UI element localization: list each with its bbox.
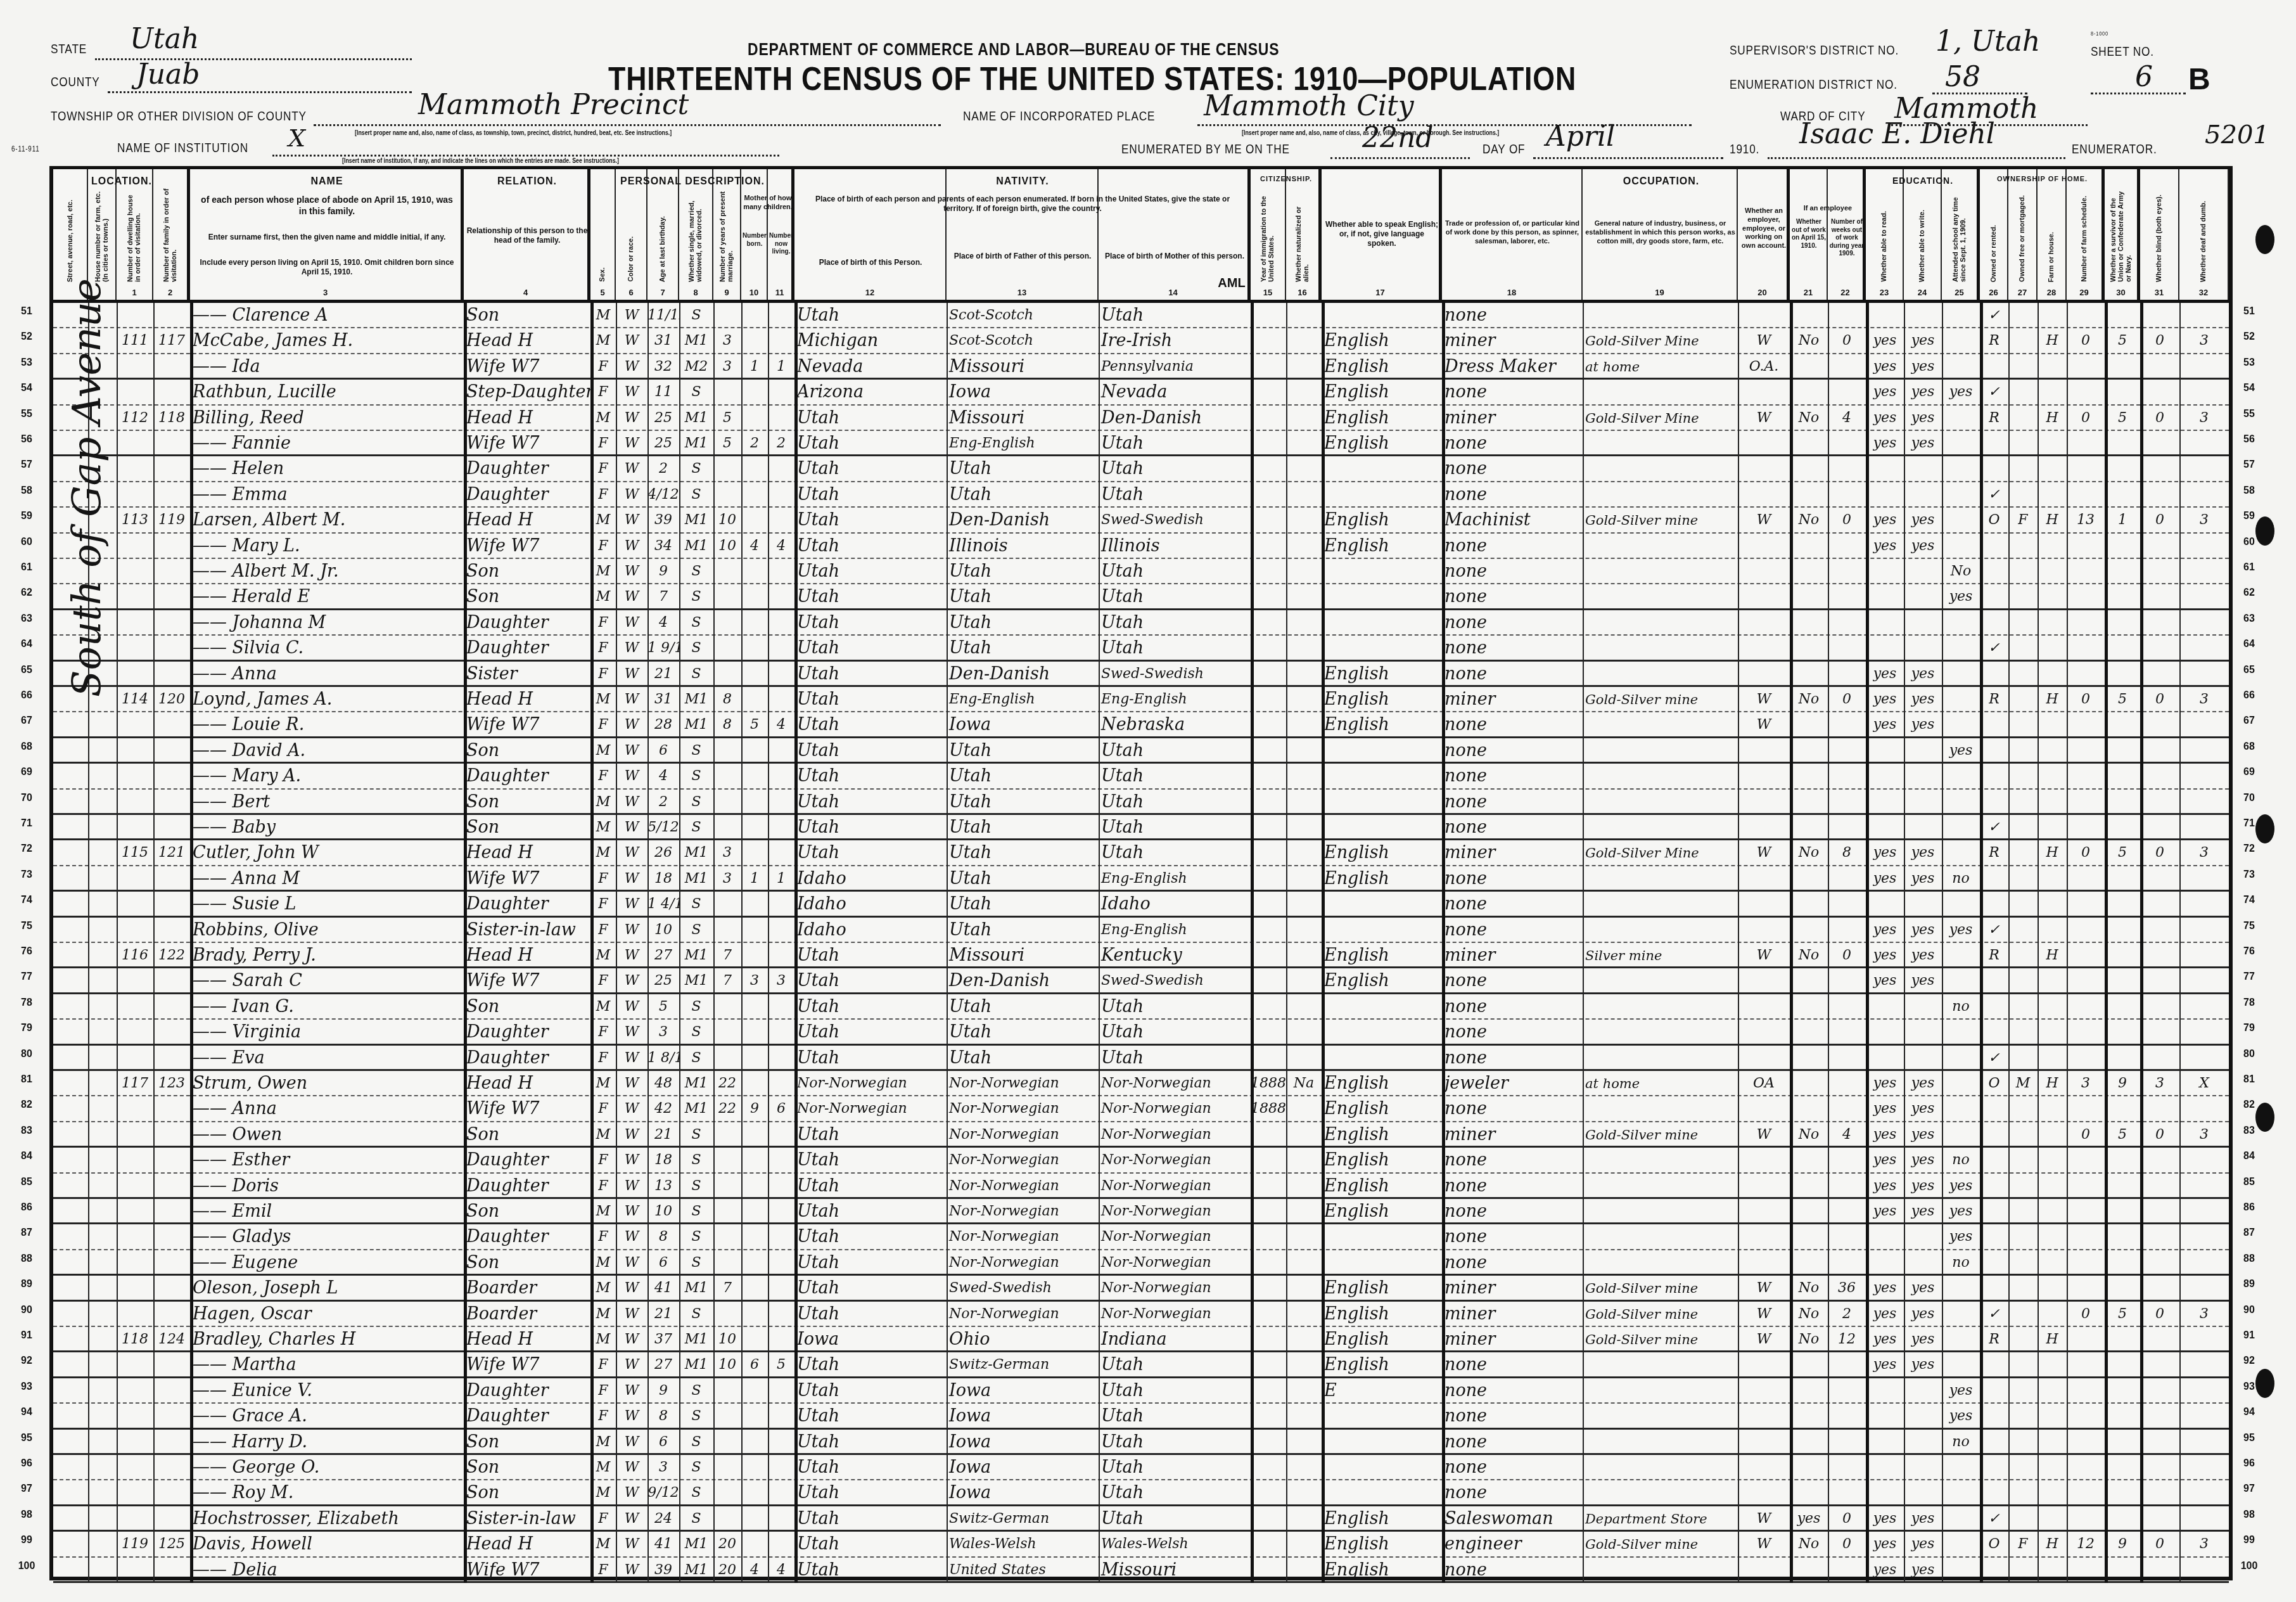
cell-emp <box>1738 790 1790 813</box>
sheet-code: 8-1000 <box>2091 30 2108 37</box>
cell-color: W <box>616 584 647 608</box>
cell-fm <box>2008 1506 2038 1530</box>
cell-dw <box>117 380 153 404</box>
cell-oow <box>1790 1558 1828 1581</box>
cell-rd: yes <box>1866 1506 1904 1530</box>
cell-nat <box>1286 1302 1322 1326</box>
cell-fbp: Scot-Scotch <box>947 328 1099 352</box>
cell-living <box>768 610 794 634</box>
cell-age: 1 4/12 <box>647 892 679 915</box>
cell-name: —— Susie L <box>190 892 464 915</box>
cell-color: W <box>616 354 647 378</box>
cell-imm <box>1251 534 1286 558</box>
cell-sched: 0 <box>2067 687 2105 711</box>
cell-lang: English <box>1322 866 1442 890</box>
cell-c30 <box>2105 431 2140 454</box>
cell-sched <box>2067 1276 2105 1299</box>
cell-fm <box>2008 1327 2038 1350</box>
column-rule <box>2179 303 2181 1583</box>
cell-wk <box>1828 866 1866 890</box>
cell-ms: S <box>679 738 713 762</box>
column-header-bp: 12 <box>794 169 947 300</box>
cell-c31 <box>2140 1148 2179 1172</box>
cell-emp <box>1738 303 1790 327</box>
cell-fam <box>153 1430 190 1453</box>
cell-occ: Saleswoman <box>1442 1506 1583 1530</box>
cell-fbp: Iowa <box>947 1480 1099 1504</box>
cell-fh <box>2038 1224 2067 1248</box>
cell-age: 9/12 <box>647 1480 679 1504</box>
cell-sched <box>2067 1480 2105 1504</box>
cell-c31 <box>2140 1352 2179 1376</box>
cell-ms: M1 <box>679 943 713 966</box>
cell-imm <box>1251 1199 1286 1222</box>
cell-born: 4 <box>741 534 768 558</box>
cell-fam <box>153 482 190 506</box>
cell-fm <box>2008 687 2038 711</box>
cell-fh: H <box>2038 508 2067 532</box>
cell-nat <box>1286 1352 1322 1376</box>
cell-c31 <box>2140 994 2179 1018</box>
line-number: 73 <box>14 869 39 881</box>
cell-lang: English <box>1322 662 1442 685</box>
cell-own <box>1980 738 2008 762</box>
trade-label: Trade or profession of, or particular ki… <box>1445 220 1580 246</box>
cell-fm <box>2008 790 2038 813</box>
cell-occ: none <box>1442 1352 1583 1376</box>
cell-fbp: Utah <box>947 790 1099 813</box>
cell-fbp: Nor-Norwegian <box>947 1199 1099 1222</box>
column-rule <box>2067 303 2068 1583</box>
cell-ind: Gold-Silver mine <box>1583 1276 1738 1299</box>
census-title: THIRTEENTH CENSUS OF THE UNITED STATES: … <box>608 60 1576 98</box>
cell-wr: yes <box>1904 406 1942 430</box>
cell-oow <box>1790 1352 1828 1376</box>
cell-fam <box>153 1148 190 1172</box>
weeks-out-label: Number of weeks out of work during year … <box>1829 219 1865 259</box>
cell-fam <box>153 534 190 558</box>
cell-sch: yes <box>1942 1224 1980 1248</box>
cell-age: 39 <box>647 508 679 532</box>
cell-mbp: Utah <box>1099 840 1251 864</box>
cell-dw <box>117 968 153 992</box>
birth-person-label: Place of birth of this Person. <box>794 258 947 267</box>
cell-occ: none <box>1442 764 1583 788</box>
cell-living <box>768 482 794 506</box>
cell-living <box>768 1148 794 1172</box>
cell-c30 <box>2105 380 2140 404</box>
cell-wr: yes <box>1904 1302 1942 1326</box>
cell-imm <box>1251 406 1286 430</box>
cell-dw <box>117 764 153 788</box>
cell-lang: English <box>1322 406 1442 430</box>
cell-fh <box>2038 764 2067 788</box>
cell-living <box>768 1224 794 1248</box>
cell-ym <box>713 1430 741 1453</box>
cell-fbp: Utah <box>947 456 1099 480</box>
cell-dw <box>117 1480 153 1504</box>
cell-rel: Son <box>464 1430 590 1453</box>
sheet-side: B <box>2188 62 2210 97</box>
cell-c31 <box>2140 1404 2179 1427</box>
cell-c31 <box>2140 303 2179 327</box>
cell-sched <box>2067 943 2105 966</box>
cell-fam <box>153 1224 190 1248</box>
cell-sex: M <box>590 1430 616 1453</box>
cell-fam <box>153 610 190 634</box>
cell-fm <box>2008 1558 2038 1581</box>
table-row: 115121Cutler, John WHead HMW26M13UtahUta… <box>53 840 2229 866</box>
cell-emp: W <box>1738 1302 1790 1326</box>
cell-rd: yes <box>1866 840 1904 864</box>
cell-bp: Utah <box>794 482 947 506</box>
cell-oow <box>1790 790 1828 813</box>
cell-fm <box>2008 1046 2038 1069</box>
cell-nat <box>1286 918 1322 942</box>
cell-sch <box>1942 1455 1980 1479</box>
cell-living <box>768 1071 794 1095</box>
cell-rel: Son <box>464 1455 590 1479</box>
cell-ms: M1 <box>679 1558 713 1581</box>
cell-sex: F <box>590 662 616 685</box>
cell-ind <box>1583 1148 1738 1172</box>
cell-emp: W <box>1738 406 1790 430</box>
cell-lang: English <box>1322 1122 1442 1146</box>
cell-own <box>1980 1430 2008 1453</box>
cell-age: 6 <box>647 1250 679 1274</box>
cell-fh <box>2038 1199 2067 1222</box>
cell-ms: S <box>679 1224 713 1248</box>
cell-living <box>768 687 794 711</box>
cell-emp <box>1738 1224 1790 1248</box>
cell-own <box>1980 1174 2008 1197</box>
cell-c32 <box>2179 610 2229 634</box>
column-header-text: Attended school any time since Sept. 1, … <box>1951 187 1967 282</box>
cell-ms: S <box>679 994 713 1018</box>
cell-color: W <box>616 1302 647 1326</box>
cell-sch <box>1942 790 1980 813</box>
cell-rd: yes <box>1866 712 1904 736</box>
cell-fm <box>2008 892 2038 915</box>
cell-nat <box>1286 1327 1322 1350</box>
column-number: 29 <box>2067 288 2101 297</box>
cell-fam <box>153 559 190 583</box>
cell-ym <box>713 636 741 659</box>
cell-rd: yes <box>1866 1352 1904 1376</box>
cell-ind <box>1583 1046 1738 1069</box>
cell-oow <box>1790 1455 1828 1479</box>
employer-label: Whether an employer, employee, or workin… <box>1739 207 1789 251</box>
cell-wr: yes <box>1904 840 1942 864</box>
cell-fam: 118 <box>153 406 190 430</box>
cell-color: W <box>616 712 647 736</box>
cell-ind <box>1583 610 1738 634</box>
cell-c32 <box>2179 1480 2229 1504</box>
cell-emp <box>1738 1558 1790 1581</box>
cell-born <box>741 1506 768 1530</box>
cell-oow <box>1790 866 1828 890</box>
column-rule <box>1738 303 1739 1583</box>
cell-ms: M1 <box>679 406 713 430</box>
cell-fh <box>2038 380 2067 404</box>
column-header-imm: Year of immigration to the United States… <box>1251 169 1286 300</box>
cell-rd <box>1866 1455 1904 1479</box>
cell-sex: F <box>590 892 616 915</box>
cell-born <box>741 1302 768 1326</box>
cell-c32 <box>2179 456 2229 480</box>
line-number: 78 <box>2236 997 2262 1009</box>
cell-wk <box>1828 712 1866 736</box>
cell-wk: 0 <box>1828 1532 1866 1556</box>
cell-occ: none <box>1442 1174 1583 1197</box>
cell-own <box>1980 968 2008 992</box>
cell-sex: M <box>590 1199 616 1222</box>
cell-color: W <box>616 943 647 966</box>
cell-occ: engineer <box>1442 1532 1583 1556</box>
cell-born <box>741 764 768 788</box>
township-label: Township or other division of county <box>51 109 307 124</box>
cell-fh: H <box>2038 328 2067 352</box>
cell-color: W <box>616 380 647 404</box>
column-number: 16 <box>1286 288 1318 297</box>
column-number: 4 <box>464 288 587 297</box>
cell-ms: S <box>679 636 713 659</box>
cell-occ: miner <box>1442 406 1583 430</box>
cell-occ: none <box>1442 1455 1583 1479</box>
cell-fam <box>153 456 190 480</box>
cell-fam <box>153 380 190 404</box>
cell-oow: No <box>1790 687 1828 711</box>
cell-wk <box>1828 1250 1866 1274</box>
cell-born <box>741 687 768 711</box>
cell-color: W <box>616 1532 647 1556</box>
cell-age: 1 9/12 <box>647 636 679 659</box>
cell-dw <box>117 994 153 1018</box>
incorporated-place-value: Mammoth City <box>1204 90 1414 122</box>
cell-fm <box>2008 456 2038 480</box>
cell-sch <box>1942 968 1980 992</box>
cell-mbp: Eng-English <box>1099 866 1251 890</box>
cell-own: ✓ <box>1980 1046 2008 1069</box>
cell-sex: F <box>590 354 616 378</box>
cell-lang <box>1322 1224 1442 1248</box>
cell-lang <box>1322 1404 1442 1427</box>
cell-oow <box>1790 918 1828 942</box>
cell-fm <box>2008 584 2038 608</box>
cell-oow <box>1790 1224 1828 1248</box>
cell-wr: yes <box>1904 1327 1942 1350</box>
cell-fbp: Utah <box>947 815 1099 838</box>
column-header-text: Whether deaf and dumb. <box>2200 201 2207 282</box>
cell-sched <box>2067 662 2105 685</box>
cell-sex: M <box>590 738 616 762</box>
cell-c31: 3 <box>2140 1071 2179 1095</box>
cell-age: 21 <box>647 1122 679 1146</box>
cell-color: W <box>616 328 647 352</box>
cell-c32 <box>2179 1174 2229 1197</box>
cell-fbp: Eng-English <box>947 431 1099 454</box>
cell-age: 31 <box>647 687 679 711</box>
cell-age: 9 <box>647 1378 679 1402</box>
cell-sch: no <box>1942 1250 1980 1274</box>
line-number: 54 <box>2236 383 2262 394</box>
cell-mbp: Swed-Swedish <box>1099 508 1251 532</box>
cell-own: R <box>1980 328 2008 352</box>
line-number: 75 <box>14 921 39 932</box>
cell-sched: 0 <box>2067 840 2105 864</box>
cell-wr: yes <box>1904 943 1942 966</box>
line-number: 67 <box>14 715 39 727</box>
cell-dw <box>117 431 153 454</box>
cell-born <box>741 636 768 659</box>
cell-own: R <box>1980 687 2008 711</box>
cell-oow: No <box>1790 1532 1828 1556</box>
cell-color: W <box>616 1148 647 1172</box>
cell-sched <box>2067 482 2105 506</box>
cell-emp <box>1738 994 1790 1018</box>
cell-lang: English <box>1322 1327 1442 1350</box>
cell-rel: Daughter <box>464 1148 590 1172</box>
cell-mbp: Kentucky <box>1099 943 1251 966</box>
name-instruction-3: Include every person living on April 15,… <box>199 258 455 277</box>
table-row: —— MarthaWife W7FW27M11065UtahSwitz-Germ… <box>53 1352 2229 1378</box>
year-label: 1910. <box>1730 142 1759 157</box>
table-row: —— EstherDaughterFW18SUtahNor-NorwegianN… <box>53 1148 2229 1173</box>
cell-fam: 121 <box>153 840 190 864</box>
cell-c30 <box>2105 1020 2140 1043</box>
line-number: 56 <box>14 434 39 445</box>
column-number: 21 <box>1790 288 1827 297</box>
cell-name: —— Johanna M <box>190 610 464 634</box>
cell-name: —— Fannie <box>190 431 464 454</box>
cell-ms: M1 <box>679 1352 713 1376</box>
cell-born: 3 <box>741 968 768 992</box>
cell-sched: 13 <box>2067 508 2105 532</box>
cell-born <box>741 918 768 942</box>
cell-lang: English <box>1322 712 1442 736</box>
cell-imm <box>1251 662 1286 685</box>
cell-nat: Na <box>1286 1071 1322 1095</box>
cell-lang <box>1322 1020 1442 1043</box>
line-number: 79 <box>2236 1023 2262 1034</box>
cell-lang: English <box>1322 1174 1442 1197</box>
cell-sex: M <box>590 840 616 864</box>
cell-c30 <box>2105 968 2140 992</box>
cell-mbp: Nor-Norwegian <box>1099 1148 1251 1172</box>
cell-name: —— Emma <box>190 482 464 506</box>
cell-fh <box>2038 1046 2067 1069</box>
cell-fh: H <box>2038 1327 2067 1350</box>
cell-lang <box>1322 559 1442 583</box>
cell-sex: F <box>590 1378 616 1402</box>
cell-own: ✓ <box>1980 918 2008 942</box>
cell-own: O <box>1980 1071 2008 1095</box>
cell-wk: 4 <box>1828 1122 1866 1146</box>
line-number: 58 <box>2236 485 2262 497</box>
cell-name: —— Martha <box>190 1352 464 1376</box>
cell-c31 <box>2140 1199 2179 1222</box>
cell-mbp: Eng-English <box>1099 687 1251 711</box>
cell-c31 <box>2140 380 2179 404</box>
cell-ym <box>713 738 741 762</box>
cell-ym: 3 <box>713 866 741 890</box>
cell-color: W <box>616 1455 647 1479</box>
cell-wk <box>1828 1071 1866 1095</box>
cell-name: —— Mary L. <box>190 534 464 558</box>
cell-c31 <box>2140 559 2179 583</box>
cell-wr: yes <box>1904 1122 1942 1146</box>
cell-fam <box>153 994 190 1018</box>
cell-own <box>1980 1480 2008 1504</box>
cell-wk <box>1828 1480 1866 1504</box>
cell-color: W <box>616 431 647 454</box>
cell-fbp: Iowa <box>947 712 1099 736</box>
column-number: 6 <box>616 288 646 297</box>
cell-oow <box>1790 482 1828 506</box>
cell-sch <box>1942 1506 1980 1530</box>
cell-bp: Utah <box>794 534 947 558</box>
cell-fm <box>2008 559 2038 583</box>
cell-rel: Wife W7 <box>464 1352 590 1376</box>
column-header-text: Whether blind (both eyes). <box>2155 195 2163 282</box>
cell-c31 <box>2140 1327 2179 1350</box>
line-number: 55 <box>14 409 39 420</box>
cell-imm <box>1251 1532 1286 1556</box>
cell-ym <box>713 918 741 942</box>
cell-color: W <box>616 559 647 583</box>
cell-color: W <box>616 892 647 915</box>
cell-imm <box>1251 584 1286 608</box>
cell-ind: Gold-Silver mine <box>1583 1302 1738 1326</box>
cell-ym: 8 <box>713 687 741 711</box>
cell-sch <box>1942 636 1980 659</box>
cell-sch <box>1942 354 1980 378</box>
cell-c30 <box>2105 1250 2140 1274</box>
cell-c32 <box>2179 1352 2229 1376</box>
cell-nat <box>1286 508 1322 532</box>
table-row: 113119Larsen, Albert M.Head HMW39M110Uta… <box>53 508 2229 533</box>
cell-born <box>741 1122 768 1146</box>
line-number: 52 <box>2236 331 2262 343</box>
cell-c32 <box>2179 1020 2229 1043</box>
cell-own <box>1980 892 2008 915</box>
cell-fh <box>2038 456 2067 480</box>
institution-note: [Insert name of institution, if any, and… <box>342 157 619 165</box>
cell-sched <box>2067 994 2105 1018</box>
cell-nat <box>1286 738 1322 762</box>
cell-ind <box>1583 431 1738 454</box>
supervisor-value: 1, Utah <box>1936 25 2040 58</box>
group-title-citizenship: CITIZENSHIP. <box>1251 176 1322 184</box>
cell-imm <box>1251 1455 1286 1479</box>
column-header-text: Whether able to write. <box>1918 210 1926 282</box>
cell-rd: yes <box>1866 431 1904 454</box>
cell-color: W <box>616 1378 647 1402</box>
line-number: 76 <box>2236 946 2262 958</box>
cell-ym <box>713 584 741 608</box>
line-number: 76 <box>14 946 39 958</box>
cell-c31 <box>2140 1096 2179 1120</box>
cell-rel: Head H <box>464 1071 590 1095</box>
cell-sch <box>1942 1122 1980 1146</box>
cell-fm <box>2008 1480 2038 1504</box>
cell-fbp: Nor-Norwegian <box>947 1174 1099 1197</box>
cell-nat <box>1286 1404 1322 1427</box>
cell-lang: English <box>1322 943 1442 966</box>
cell-age: 27 <box>647 943 679 966</box>
cell-wr: yes <box>1904 968 1942 992</box>
cell-occ: miner <box>1442 1122 1583 1146</box>
